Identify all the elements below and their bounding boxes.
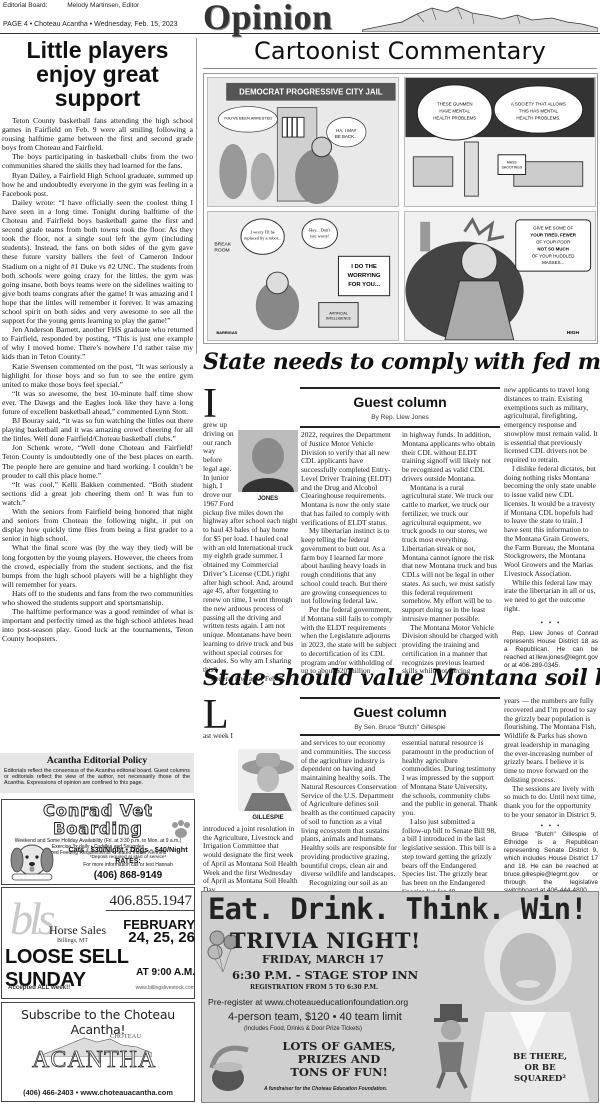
event-includes: (Includes Food, Drinks & Door Prize Tick… — [244, 1026, 362, 1032]
dropcap: I — [203, 387, 217, 421]
event-fun-text: LOTS OF GAMES, PRIZES AND TONS OF FUN! — [264, 1040, 414, 1079]
event-registration: REGISTRATION FROM 5 TO 6:30 P.M. — [250, 984, 378, 991]
svg-text:THESE GUNMEN: THESE GUNMEN — [437, 102, 473, 107]
svg-text:HAVE MENTAL: HAVE MENTAL — [439, 108, 470, 113]
svg-text:A SOCIETY THAT ALLOWS: A SOCIETY THAT ALLOWS — [511, 102, 566, 107]
event-team-info: 4-person team, $120 • 40 team limit — [228, 1011, 402, 1023]
svg-text:YOU'VE BEEN ARRESTED: YOU'VE BEEN ARRESTED — [224, 115, 273, 120]
svg-text:BE BACK...: BE BACK... — [335, 134, 358, 139]
ad-time: AT 9:00 A.M. — [112, 967, 195, 978]
svg-text:OF YOUR POOR: OF YOUR POOR — [536, 240, 570, 245]
oped-column-2: 2022, requires the Department of Justice… — [301, 431, 397, 676]
oped-paragraph: The sessions are lively with so much to … — [504, 785, 598, 820]
separator-stars: • • • — [504, 619, 598, 628]
cartoon-statue-liberty: GIVE ME SOME OF YOUR TIRED, FEWER OF YOU… — [404, 211, 596, 341]
guest-column-banner: Guest column By Sen. Bruce "Butch" Gille… — [300, 697, 500, 736]
article-paragraph: With the seniors from Fairfield being ho… — [2, 507, 193, 543]
oped-paragraph: and services to our economy and communit… — [301, 739, 397, 879]
headshot-jones — [238, 430, 298, 492]
leprechaun-icon — [426, 1002, 478, 1092]
ad-prices: Cats - $30/Night • Dogs - $40/Night — [64, 845, 192, 854]
oped-paragraph: years — the numbers are fully recovered … — [504, 697, 598, 785]
article-paragraph: What the final score was (by the way the… — [2, 543, 193, 588]
cartoon-image: DEMOCRAT PROGRESSIVE CITY JAIL YOU'VE BE… — [208, 78, 398, 206]
cartoon-ai-worry: BREAK ROOM I worry I'll be replaced by a… — [207, 211, 399, 341]
svg-text:INTELLIGENCE: INTELLIGENCE — [326, 316, 352, 320]
separator-stars: • • • — [504, 822, 598, 831]
svg-text:FOR YOU...: FOR YOU... — [348, 282, 380, 288]
svg-text:HEALTH PROBLEMS: HEALTH PROBLEMS — [433, 115, 476, 120]
cartoon-grid: DEMOCRAT PROGRESSIVE CITY JAIL YOU'VE BE… — [203, 73, 598, 344]
svg-text:GIVE ME SOME OF: GIVE ME SOME OF — [533, 226, 573, 231]
ad-phone: (406) 868-9149 — [64, 870, 192, 881]
ad-dates: 24, 25, 26 — [110, 929, 195, 946]
article-paragraph: Jon Schenk wrote, “Well done Choteau and… — [2, 443, 193, 479]
guest-column-label: Guest column — [300, 394, 500, 410]
ad-more-info: For more information call or text Hannah — [64, 862, 192, 868]
logo-acantha: ACANTHA — [32, 1047, 156, 1074]
policy-text: Editorials reflect the consensus of the … — [4, 768, 190, 787]
svg-text:ROOM: ROOM — [214, 247, 229, 253]
bls-logo: bls — [10, 892, 52, 945]
svg-text:OF YOUR HUDDLED: OF YOUR HUDDLED — [532, 253, 575, 258]
ad-note: *Deposit required at start of service* — [64, 855, 192, 860]
ad-city: Billings, MT — [57, 938, 88, 944]
masthead: Editorial Board: Melody Martinsen, Edito… — [0, 0, 600, 34]
svg-text:MASSES...: MASSES... — [542, 260, 564, 265]
article-paragraph: The halftime performance was a good remi… — [2, 607, 193, 643]
author-bio: Bruce "Butch" Gillespie of Ethridge is a… — [504, 831, 598, 895]
tagline-line: OR BE — [500, 1063, 580, 1074]
svg-text:NOT SO MUCH: NOT SO MUCH — [537, 246, 568, 251]
guest-column-banner: Guest column By Rep. Llew Jones — [300, 387, 500, 428]
headshot-gillespie — [238, 749, 298, 811]
author-photo: JONES — [238, 430, 298, 504]
oped-paragraph: essential natural resource is paramount … — [402, 739, 498, 818]
cartoon-mental-health: THESE GUNMEN HAVE MENTAL HEALTH PROBLEMS… — [404, 77, 596, 207]
oped-paragraph: I dislike federal dictates, but doing no… — [504, 465, 598, 579]
photo-caption: GILLESPIE — [238, 814, 298, 823]
oped-paragraph: While this federal law may irate the lib… — [504, 579, 598, 614]
article-paragraph: Hats off to the students and fans from t… — [2, 589, 193, 607]
article-paragraph: Katie Swensen commented on the post, “It… — [2, 362, 193, 389]
oped-paragraph: Montana is a rural agricultural state. W… — [402, 484, 498, 624]
event-date: FRIDAY, MARCH 17 — [262, 953, 384, 966]
event-preregister-link[interactable]: Pre-register at www.choteaueducationfoun… — [208, 997, 408, 1007]
column-divider — [196, 38, 197, 354]
logo-choteau: CHOTEAU — [110, 1033, 141, 1040]
svg-text:SHOOTINGS: SHOOTINGS — [501, 166, 522, 170]
svg-text:HEALTH PROBLEMS.: HEALTH PROBLEMS. — [516, 115, 560, 120]
oped-paragraph: Recognizing our soil as an — [301, 879, 397, 888]
left-article: Little players enjoy great support Teton… — [0, 36, 195, 643]
cartoon-image: THESE GUNMEN HAVE MENTAL HEALTH PROBLEMS… — [405, 78, 595, 206]
svg-text:HA, I MAY: HA, I MAY — [336, 128, 356, 133]
policy-title: Acantha Editorial Policy — [4, 756, 190, 766]
editor-name: Melody Martinsen, Editor — [67, 2, 139, 9]
ad-billings-horse-sales[interactable]: bls 406.855.1947 Horse Sales Billings, M… — [1, 887, 195, 999]
cartoon-image: BREAK ROOM I worry I'll be replaced by a… — [208, 212, 398, 340]
article-paragraph: Teton County basketball fans attending t… — [2, 116, 193, 152]
editorial-board-label: Editorial Board: — [3, 2, 47, 9]
editorial-board-line: Editorial Board: Melody Martinsen, Edito… — [3, 2, 139, 9]
pot-of-gold-icon — [208, 1042, 256, 1092]
oped-column-4: years — the numbers are fully recovered … — [504, 697, 598, 895]
svg-text:replaced by a robot...: replaced by a robot... — [244, 236, 281, 241]
byline: By Sen. Bruce "Butch" Gillespie — [300, 724, 500, 731]
event-title: TRIVIA NIGHT! — [230, 928, 421, 953]
ad-title: Conrad Vet Boarding — [4, 802, 192, 838]
ad-title: Subscribe to the Choteau Acantha! — [2, 1007, 194, 1037]
article-paragraph: Dailey wrote: “I have officially seen th… — [2, 198, 193, 325]
article-paragraph: BJ Bouray said, “it was so fun watching … — [2, 416, 193, 443]
svg-text:DEMOCRAT PROGRESSIVE CITY JAIL: DEMOCRAT PROGRESSIVE CITY JAIL — [239, 88, 383, 97]
svg-text:you worry!: you worry! — [310, 234, 330, 239]
ad-business-name: Horse Sales — [49, 923, 106, 938]
ad-accepted-note: Accepted ALL week!! — [8, 984, 70, 991]
paw-print-icon — [170, 819, 192, 839]
byline: By Rep. Llew Jones — [300, 414, 500, 421]
section-rule — [203, 68, 597, 69]
dog-icon — [6, 838, 58, 882]
fun-line: TONS OF FUN! — [264, 1066, 414, 1079]
ad-trivia-night[interactable]: Eat. Drink. Think. Win! TRIVIA NIGHT! FR… — [201, 891, 599, 1103]
event-time-place: 6:30 P.M. - STAGE STOP INN — [232, 968, 418, 982]
event-tagline: BE THERE, OR BE SQUARED² — [500, 1052, 580, 1085]
article-headline: Little players enjoy great support — [0, 38, 195, 110]
svg-text:MASS: MASS — [507, 161, 517, 165]
oped-paragraph: My libertarian instinct is to keep telli… — [301, 527, 397, 606]
mountain-range-icon — [362, 4, 598, 32]
oped-column-2: and services to our economy and communit… — [301, 739, 397, 888]
oped-title: State needs to comply with fed mandate — [203, 349, 600, 375]
svg-text:I worry I'll be: I worry I'll be — [251, 230, 275, 235]
event-fundraiser-note: A fundraiser for the Choteau Education F… — [264, 1086, 387, 1092]
svg-text:ARTIFICIAL: ARTIFICIAL — [329, 311, 348, 315]
ad-phone: 406.855.1947 — [106, 893, 194, 911]
guest-column-label: Guest column — [300, 704, 500, 720]
oped-title: State should value Montana soil health — [203, 665, 600, 691]
svg-text:Hey... Don't: Hey... Don't — [309, 228, 331, 233]
oped-column-3: essential natural resource is paramount … — [402, 739, 498, 897]
oped-paragraph: I also just submitted a follow-up bill t… — [402, 818, 498, 897]
ad-url[interactable]: www.billingslivestock.com — [112, 985, 195, 991]
ad-subscribe-acantha[interactable]: Subscribe to the Choteau Acantha! CHOTEA… — [1, 1002, 195, 1102]
oped-paragraph: 2022, requires the Department of Justice… — [301, 431, 397, 527]
svg-text:WORRYING: WORRYING — [348, 273, 381, 279]
page-dateline: PAGE 4 • Choteau Acantha • Wednesday, Fe… — [3, 21, 178, 28]
svg-text:HIGH: HIGH — [567, 330, 580, 336]
article-paragraph: “It was so awesome, the best 10-minute h… — [2, 389, 193, 416]
article-paragraph: Jen Anderson Barnett, another FHS gradua… — [2, 325, 193, 361]
ad-conrad-vet-boarding[interactable]: Conrad Vet Boarding Weekend and Some Hol… — [1, 799, 195, 885]
oped-column-1: I JONES grew up driving on our ranch way… — [203, 386, 298, 684]
svg-text:THIS HAS MENTAL: THIS HAS MENTAL — [519, 108, 559, 113]
section-title: Opinion — [203, 0, 333, 38]
tagline-line: BE THERE, — [500, 1052, 580, 1063]
svg-text:YOUR TIRED, FEWER: YOUR TIRED, FEWER — [530, 233, 577, 238]
oped-column-3: in highway funds. In addition, Montana a… — [402, 431, 498, 676]
editorial-policy-box: Acantha Editorial Policy Editorials refl… — [0, 753, 194, 793]
article-paragraph: The boys participating in basketball clu… — [2, 152, 193, 170]
oped-paragraph: in highway funds. In addition, Montana a… — [402, 431, 498, 484]
svg-text:I DO THE: I DO THE — [351, 264, 377, 270]
article-paragraph: Ryan Dailey, a Fairfield High School gra… — [2, 171, 193, 198]
cartoon-jail: DEMOCRAT PROGRESSIVE CITY JAIL YOU'VE BE… — [207, 77, 399, 207]
tagline-line: SQUARED² — [500, 1074, 580, 1085]
author-photo: GILLESPIE — [238, 749, 298, 823]
ad-headline: Eat. Drink. Think. Win! — [208, 892, 587, 926]
oped-paragraph: new applicants to travel long distances … — [504, 386, 598, 465]
ad-contact[interactable]: (406) 466-2403 • www.choteauacantha.com — [2, 1088, 194, 1097]
oped-column-4: new applicants to travel long distances … — [504, 386, 598, 670]
svg-text:BREAK: BREAK — [214, 241, 231, 247]
cartoon-image: GIVE ME SOME OF YOUR TIRED, FEWER OF YOU… — [405, 212, 595, 340]
cartoon-section-heading: Cartoonist Commentary — [203, 37, 597, 65]
photo-caption: JONES — [238, 495, 298, 504]
dropcap: L — [203, 698, 229, 732]
svg-text:BARRIGAS: BARRIGAS — [216, 330, 237, 335]
article-paragraph: “It was cool,” Kelli Bakken commented. “… — [2, 480, 193, 507]
article-body: Teton County basketball fans attending t… — [0, 116, 195, 643]
